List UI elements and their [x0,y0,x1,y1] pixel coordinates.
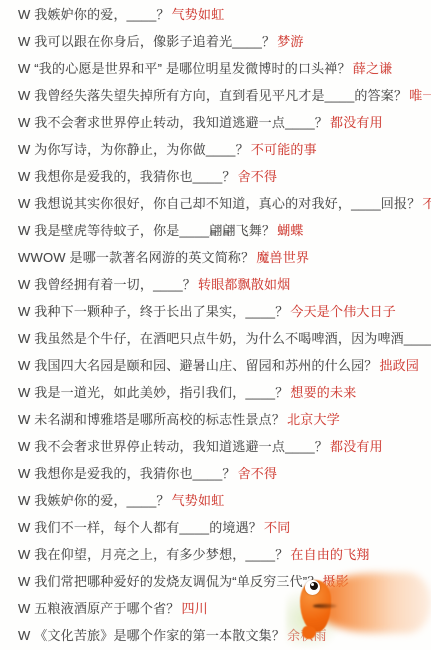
qa-list: W 我嫉妒你的爱，____？气势如虹W 我可以跟在你身后，像影子追着光____？… [0,0,431,649]
question-text: W 我不会奢求世界停止转动，我知道逃避一点____？ [18,439,328,454]
question-text: W 我想你是爱我的，我猜你也____？ [18,466,236,481]
qa-line: W 我们不一样，每个人都有____的境遇？不同 [0,514,431,541]
question-text: W 我曾经拥有着一切，____？ [18,277,196,292]
qa-line: W 我不会奢求世界停止转动，我知道逃避一点____？都没有用 [0,109,431,136]
question-text: W 我嫉妒你的爱，____？ [18,7,170,22]
question-text: W “我的心愿是世界和平” 是哪位明星发微博时的口头禅？ [18,61,351,76]
question-text: W 我不会奢求世界停止转动，我知道逃避一点____？ [18,115,328,130]
qa-line: W 我嫉妒你的爱，____？气势如虹 [0,487,431,514]
answer-text: 不要求 [422,196,431,211]
answer-text: 舍不得 [238,169,278,184]
answer-text: 不可能的事 [251,142,317,157]
qa-line: W 我虽然是个牛仔，在酒吧只点牛奶，为什么不喝啤酒，因为啤酒____？伤身体 [0,325,431,352]
qa-line: W 我想你是爱我的，我猜你也____？舍不得 [0,163,431,190]
question-text: W 我国四大名园是颐和园、避暑山庄、留园和苏州的什么园？ [18,358,377,373]
answer-text: 蝴蝶 [277,223,303,238]
question-text: W 我种下一颗种子，终于长出了果实，____？ [18,304,288,319]
qa-line: W 《文化苦旅》是哪个作家的第一本散文集？余秋雨 [0,622,431,649]
qa-line: W 我想你是爱我的，我猜你也____？舍不得 [0,460,431,487]
answer-text: 梦游 [277,34,303,49]
qa-line: W 我不会奢求世界停止转动，我知道逃避一点____？都没有用 [0,433,431,460]
question-text: W 我嫉妒你的爱，____？ [18,493,170,508]
question-text: W 我虽然是个牛仔，在酒吧只点牛奶，为什么不喝啤酒，因为啤酒____？ [18,331,431,346]
question-text: W 为你写诗，为你静止，为你做____？ [18,142,249,157]
qa-line: W 我种下一颗种子，终于长出了果实，____？今天是个伟大日子 [0,298,431,325]
answer-text: 想要的未来 [290,385,356,400]
qa-line: W 我曾经失落失望失掉所有方向，直到看见平凡才是____的答案？唯一 [0,82,431,109]
answer-text: 北京大学 [287,412,340,427]
answer-text: 气势如虹 [172,7,225,22]
answer-text: 余秋雨 [287,628,327,643]
question-text: WWOW 是哪一款著名网游的英文简称？ [18,250,254,265]
question-text: W 五粮液酒原产于哪个省？ [18,601,179,616]
answer-text: 唯一 [409,88,431,103]
question-text: W 我是壁虎等待蚊子，你是____翩翩飞舞？ [18,223,275,238]
answer-text: 转眼都飘散如烟 [198,277,290,292]
answer-text: 薛之谦 [353,61,393,76]
answer-text: 都没有用 [330,115,383,130]
question-text: W 我想说其实你很好，你自己却不知道，真心的对我好，____回报？ [18,196,420,211]
answer-text: 在自由的飞翔 [290,547,369,562]
qa-line: W 我嫉妒你的爱，____？气势如虹 [0,1,431,28]
answer-text: 气势如虹 [172,493,225,508]
qa-line: W 我是一道光，如此美妙，指引我们，____？想要的未来 [0,379,431,406]
answer-text: 不同 [264,520,290,535]
question-text: W 我们常把哪种爱好的发烧友调侃为“单反穷三代”？ [18,574,321,589]
qa-line: W 我们常把哪种爱好的发烧友调侃为“单反穷三代”？摄影 [0,568,431,595]
question-text: W 未名湖和博雅塔是哪所高校的标志性景点？ [18,412,285,427]
answer-text: 今天是个伟大日子 [290,304,396,319]
qa-line: W 未名湖和博雅塔是哪所高校的标志性景点？北京大学 [0,406,431,433]
answer-text: 四川 [181,601,207,616]
qa-line: W “我的心愿是世界和平” 是哪位明星发微博时的口头禅？薛之谦 [0,55,431,82]
question-text: W 我可以跟在你身后，像影子追着光____？ [18,34,275,49]
qa-line: W 我曾经拥有着一切，____？转眼都飘散如烟 [0,271,431,298]
question-text: W 《文化苦旅》是哪个作家的第一本散文集？ [18,628,285,643]
qa-line: W 我是壁虎等待蚊子，你是____翩翩飞舞？蝴蝶 [0,217,431,244]
answer-text: 拙政园 [379,358,419,373]
qa-line: W 五粮液酒原产于哪个省？四川 [0,595,431,622]
question-text: W 我曾经失落失望失掉所有方向，直到看见平凡才是____的答案？ [18,88,407,103]
qa-line: W 为你写诗，为你静止，为你做____？不可能的事 [0,136,431,163]
qa-line: WWOW 是哪一款著名网游的英文简称？魔兽世界 [0,244,431,271]
qa-screenshot-page: W 我嫉妒你的爱，____？气势如虹W 我可以跟在你身后，像影子追着光____？… [0,0,431,650]
qa-line: W 我在仰望，月亮之上，有多少梦想，____？在自由的飞翔 [0,541,431,568]
answer-text: 舍不得 [238,466,278,481]
qa-line: W 我国四大名园是颐和园、避暑山庄、留园和苏州的什么园？拙政园 [0,352,431,379]
question-text: W 我们不一样，每个人都有____的境遇？ [18,520,262,535]
qa-line: W 我可以跟在你身后，像影子追着光____？梦游 [0,28,431,55]
question-text: W 我在仰望，月亮之上，有多少梦想，____？ [18,547,288,562]
question-text: W 我想你是爱我的，我猜你也____？ [18,169,236,184]
answer-text: 都没有用 [330,439,383,454]
answer-text: 魔兽世界 [256,250,309,265]
question-text: W 我是一道光，如此美妙，指引我们，____？ [18,385,288,400]
qa-line: W 我想说其实你很好，你自己却不知道，真心的对我好，____回报？不要求 [0,190,431,217]
answer-text: 摄影 [323,574,349,589]
